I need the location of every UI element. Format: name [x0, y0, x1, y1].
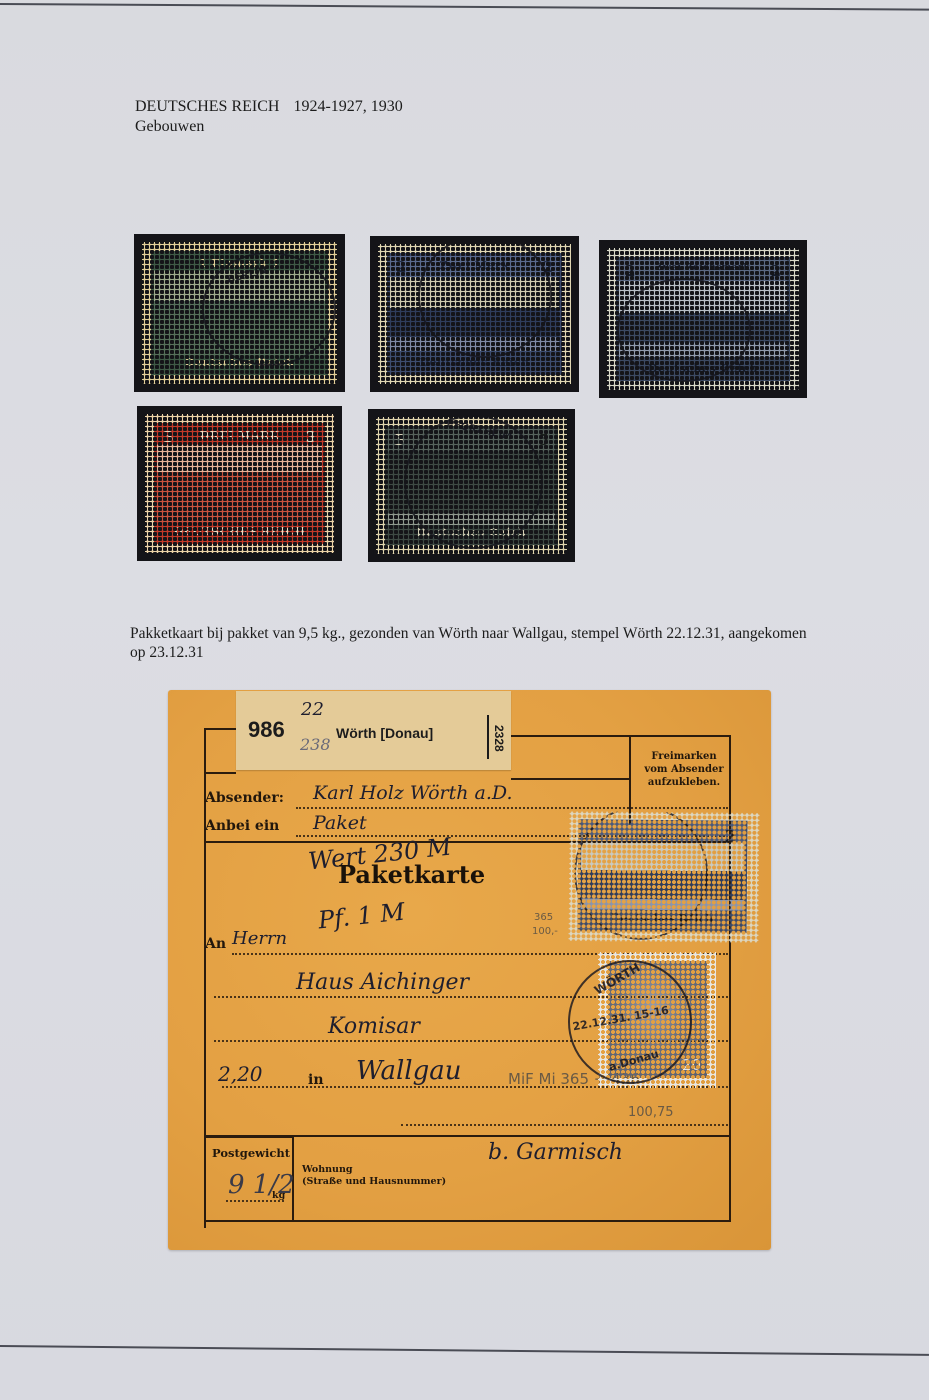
pencil-note: 238: [300, 735, 331, 754]
stamp-mount-5: 5 5 Deutsches Reich PFORZHEIM: [368, 409, 575, 562]
stamp-mount-2: 2 Zwei Mark 2 Deutsches Reich: [370, 236, 579, 392]
destination: Wallgau: [356, 1056, 462, 1086]
stamp-4-top-label: DREI MARK: [157, 429, 322, 442]
postmark-circle: [617, 278, 751, 382]
affixed-stamp-value: 2: [724, 828, 736, 848]
wohnung-value: b. Garmisch: [488, 1140, 623, 1165]
stamp-3-top-label: Zwei Reichsmark: [619, 263, 787, 273]
postmark-circle: [202, 252, 336, 366]
card-title: Paketkarte: [338, 860, 485, 889]
an-label: An: [205, 936, 226, 952]
heading-country: DEUTSCHES REICH: [135, 98, 279, 115]
an-value: Herrn: [232, 928, 287, 949]
origin-place: Wörth [Donau]: [336, 725, 433, 741]
page-heading: DEUTSCHES REICH1924-1927, 1930 Gebouwen: [135, 97, 403, 137]
absender-value: Karl Holz Wörth a.D.: [313, 782, 513, 804]
stamp-4-bottom-label: DEUTSCHES REICH: [157, 525, 322, 538]
fee-note: 2,20: [218, 1062, 263, 1086]
postmark-circle: [418, 234, 552, 358]
page-bottom-edge: [0, 1345, 929, 1356]
recipient-title: Komisar: [328, 1014, 420, 1039]
stamp-5-value-right: 5: [539, 431, 549, 449]
in-label: in: [308, 1072, 324, 1088]
absender-label: Absender:: [205, 790, 284, 806]
stamp-5: 5 5 Deutsches Reich PFORZHEIM: [376, 417, 567, 554]
heading-years: 1924-1927, 1930: [293, 98, 402, 115]
parcel-number: 986: [248, 717, 285, 743]
stamp-mount-1: 1 Einmark 1 Deutsches Reich BERLIN: [134, 234, 345, 392]
parcel-caption: Pakketkaart bij pakket van 9,5 kg., gezo…: [130, 624, 810, 662]
affixed-stamp-20-value: 20: [682, 1056, 701, 1074]
wohnung-label: Wohnung (Straße und Hausnummer): [302, 1164, 446, 1188]
recipient-name: Haus Aichinger: [296, 970, 469, 995]
anbei-value: Paket: [313, 812, 367, 834]
stamp-2-bottom-label: Deutsches Reich: [390, 356, 559, 369]
red-note: 22: [301, 699, 324, 720]
side-note-1: 365: [534, 912, 553, 923]
anbei-label: Anbei ein: [205, 818, 279, 834]
stamp-3: 2 Zwei Reichsmark 2 Deutsches Reich: [607, 248, 799, 390]
stamp-1: 1 Einmark 1 Deutsches Reich BERLIN: [142, 242, 337, 384]
stamp-4-value-right: 3: [306, 428, 316, 446]
page-top-edge: [0, 3, 929, 11]
red-annotation-fee: Pf. 1 M: [317, 898, 406, 935]
heading-subtitle: Gebouwen: [135, 117, 403, 137]
stamp-5-value: 5: [394, 431, 404, 449]
postgewicht-label: Postgewicht: [212, 1146, 290, 1160]
parcel-label: 986 22 238 Wörth [Donau] 2328: [236, 691, 511, 770]
stamp-4: 3 DREI MARK 3 DEUTSCHES REICH: [145, 414, 334, 553]
postmark-circle: [573, 805, 708, 940]
weight-unit: kg: [272, 1190, 285, 1202]
price-note: 100,75: [628, 1105, 674, 1120]
parcel-code: 2328: [492, 725, 506, 752]
stamp-mount-4: 3 DREI MARK 3 DEUTSCHES REICH: [137, 406, 342, 561]
stamp-3-value-right: 2: [771, 262, 781, 280]
parcel-card: 986 22 238 Wörth [Donau] 2328 Freimarken…: [168, 690, 771, 1250]
stamp-box-text: Freimarken vom Absender aufzukleben.: [638, 750, 730, 789]
stamp-2: 2 Zwei Mark 2 Deutsches Reich: [378, 244, 571, 384]
affixed-stamp-2-mark: 2 Deutsches Reich: [568, 811, 759, 943]
side-note-2: 100,-: [532, 926, 558, 937]
stamp-mount-3: 2 Zwei Reichsmark 2 Deutsches Reich: [599, 240, 807, 398]
